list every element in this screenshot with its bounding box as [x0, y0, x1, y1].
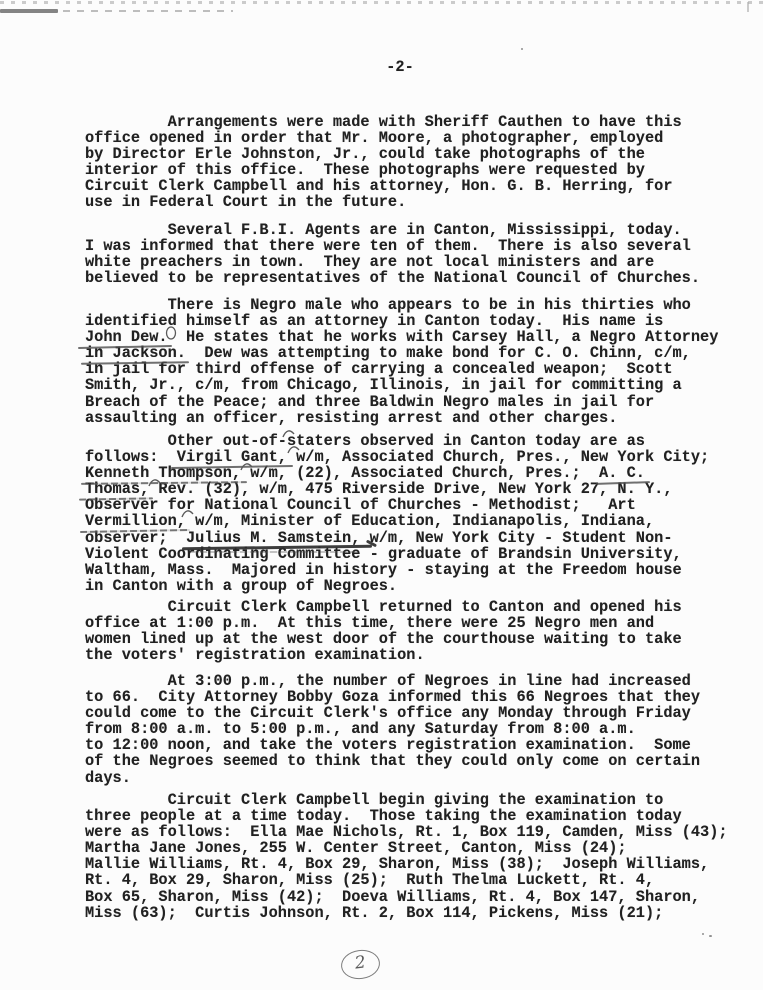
paragraph-arrangements: Arrangements were made with Sheriff Caut…: [85, 114, 682, 211]
paragraph-examinations: Circuit Clerk Campbell begin giving the …: [85, 792, 728, 921]
pencil-tick: [148, 477, 162, 489]
pencil-circle-mark: [165, 326, 177, 340]
handwritten-page-number: 2: [339, 948, 381, 982]
paragraph-out-of-staters: Other out-of-staters observed in Canton …: [85, 433, 709, 594]
paragraph-fbi-agents: Several F.B.I. Agents are in Canton, Mis…: [85, 222, 700, 286]
pencil-tick: [240, 461, 254, 473]
paragraph-clerk-returned: Circuit Clerk Campbell returned to Canto…: [85, 599, 682, 663]
scan-edge-dots: [0, 1, 763, 4]
scan-edge-tick: [747, 2, 749, 12]
pencil-tick: [282, 428, 296, 440]
scan-speck: [521, 48, 523, 50]
scan-edge-bar: [0, 9, 58, 13]
paragraph-three-pm-line: At 3:00 p.m., the number of Negroes in l…: [85, 673, 700, 786]
scan-speck: [709, 935, 712, 937]
pencil-tick: [181, 508, 195, 520]
document-page: -2- Arrangements were made with Sheriff …: [0, 0, 763, 990]
scan-edge-dashes: [63, 10, 233, 12]
underline-julius-samstein-echo: [190, 551, 358, 553]
pencil-tick: [287, 444, 301, 456]
page-number: -2-: [60, 58, 740, 76]
scan-speck: [702, 933, 704, 935]
